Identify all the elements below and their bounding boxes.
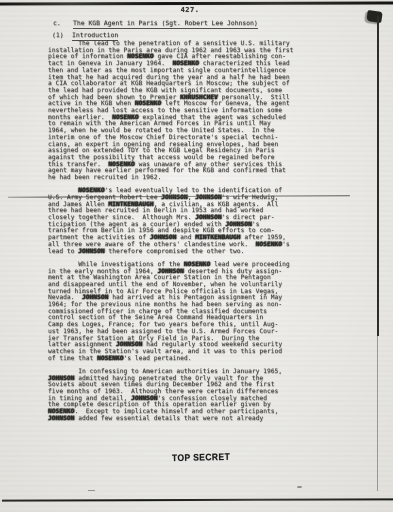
paragraph-2: NOSENKO's lead eventually led to the ide… — [48, 188, 348, 255]
scan-speck — [88, 490, 95, 491]
paragraph-1: The lead to the penetration of a sensiti… — [48, 41, 348, 182]
section-heading-label: c. — [53, 19, 73, 27]
section-heading-title: The KGB Agent in Paris (Sgt. Robert Lee … — [73, 19, 258, 29]
paragraph-4: In confessing to American authorities in… — [48, 369, 348, 423]
document-body-text: The lead to the penetration of a sensiti… — [48, 41, 348, 429]
scan-edge-right — [377, 16, 379, 336]
scan-edge-right-faint — [377, 336, 378, 491]
scanned-document-page: 427. c.The KGB Agent in Paris (Sgt. Robe… — [0, 0, 393, 512]
paragraph-3: While investigations of the NOSENKO lead… — [48, 262, 348, 363]
scan-edge-top — [0, 1, 393, 5]
top-secret-stamp: TOP SECRET — [172, 451, 230, 463]
scan-edge-bottom — [2, 498, 393, 502]
subsection-heading-label: (1) — [52, 31, 72, 39]
subsection-heading: (1)Introduction — [52, 31, 118, 39]
scan-speck — [297, 486, 302, 488]
page-number: 427. — [0, 6, 380, 14]
section-heading: c.The KGB Agent in Paris (Sgt. Robert Le… — [53, 19, 258, 27]
